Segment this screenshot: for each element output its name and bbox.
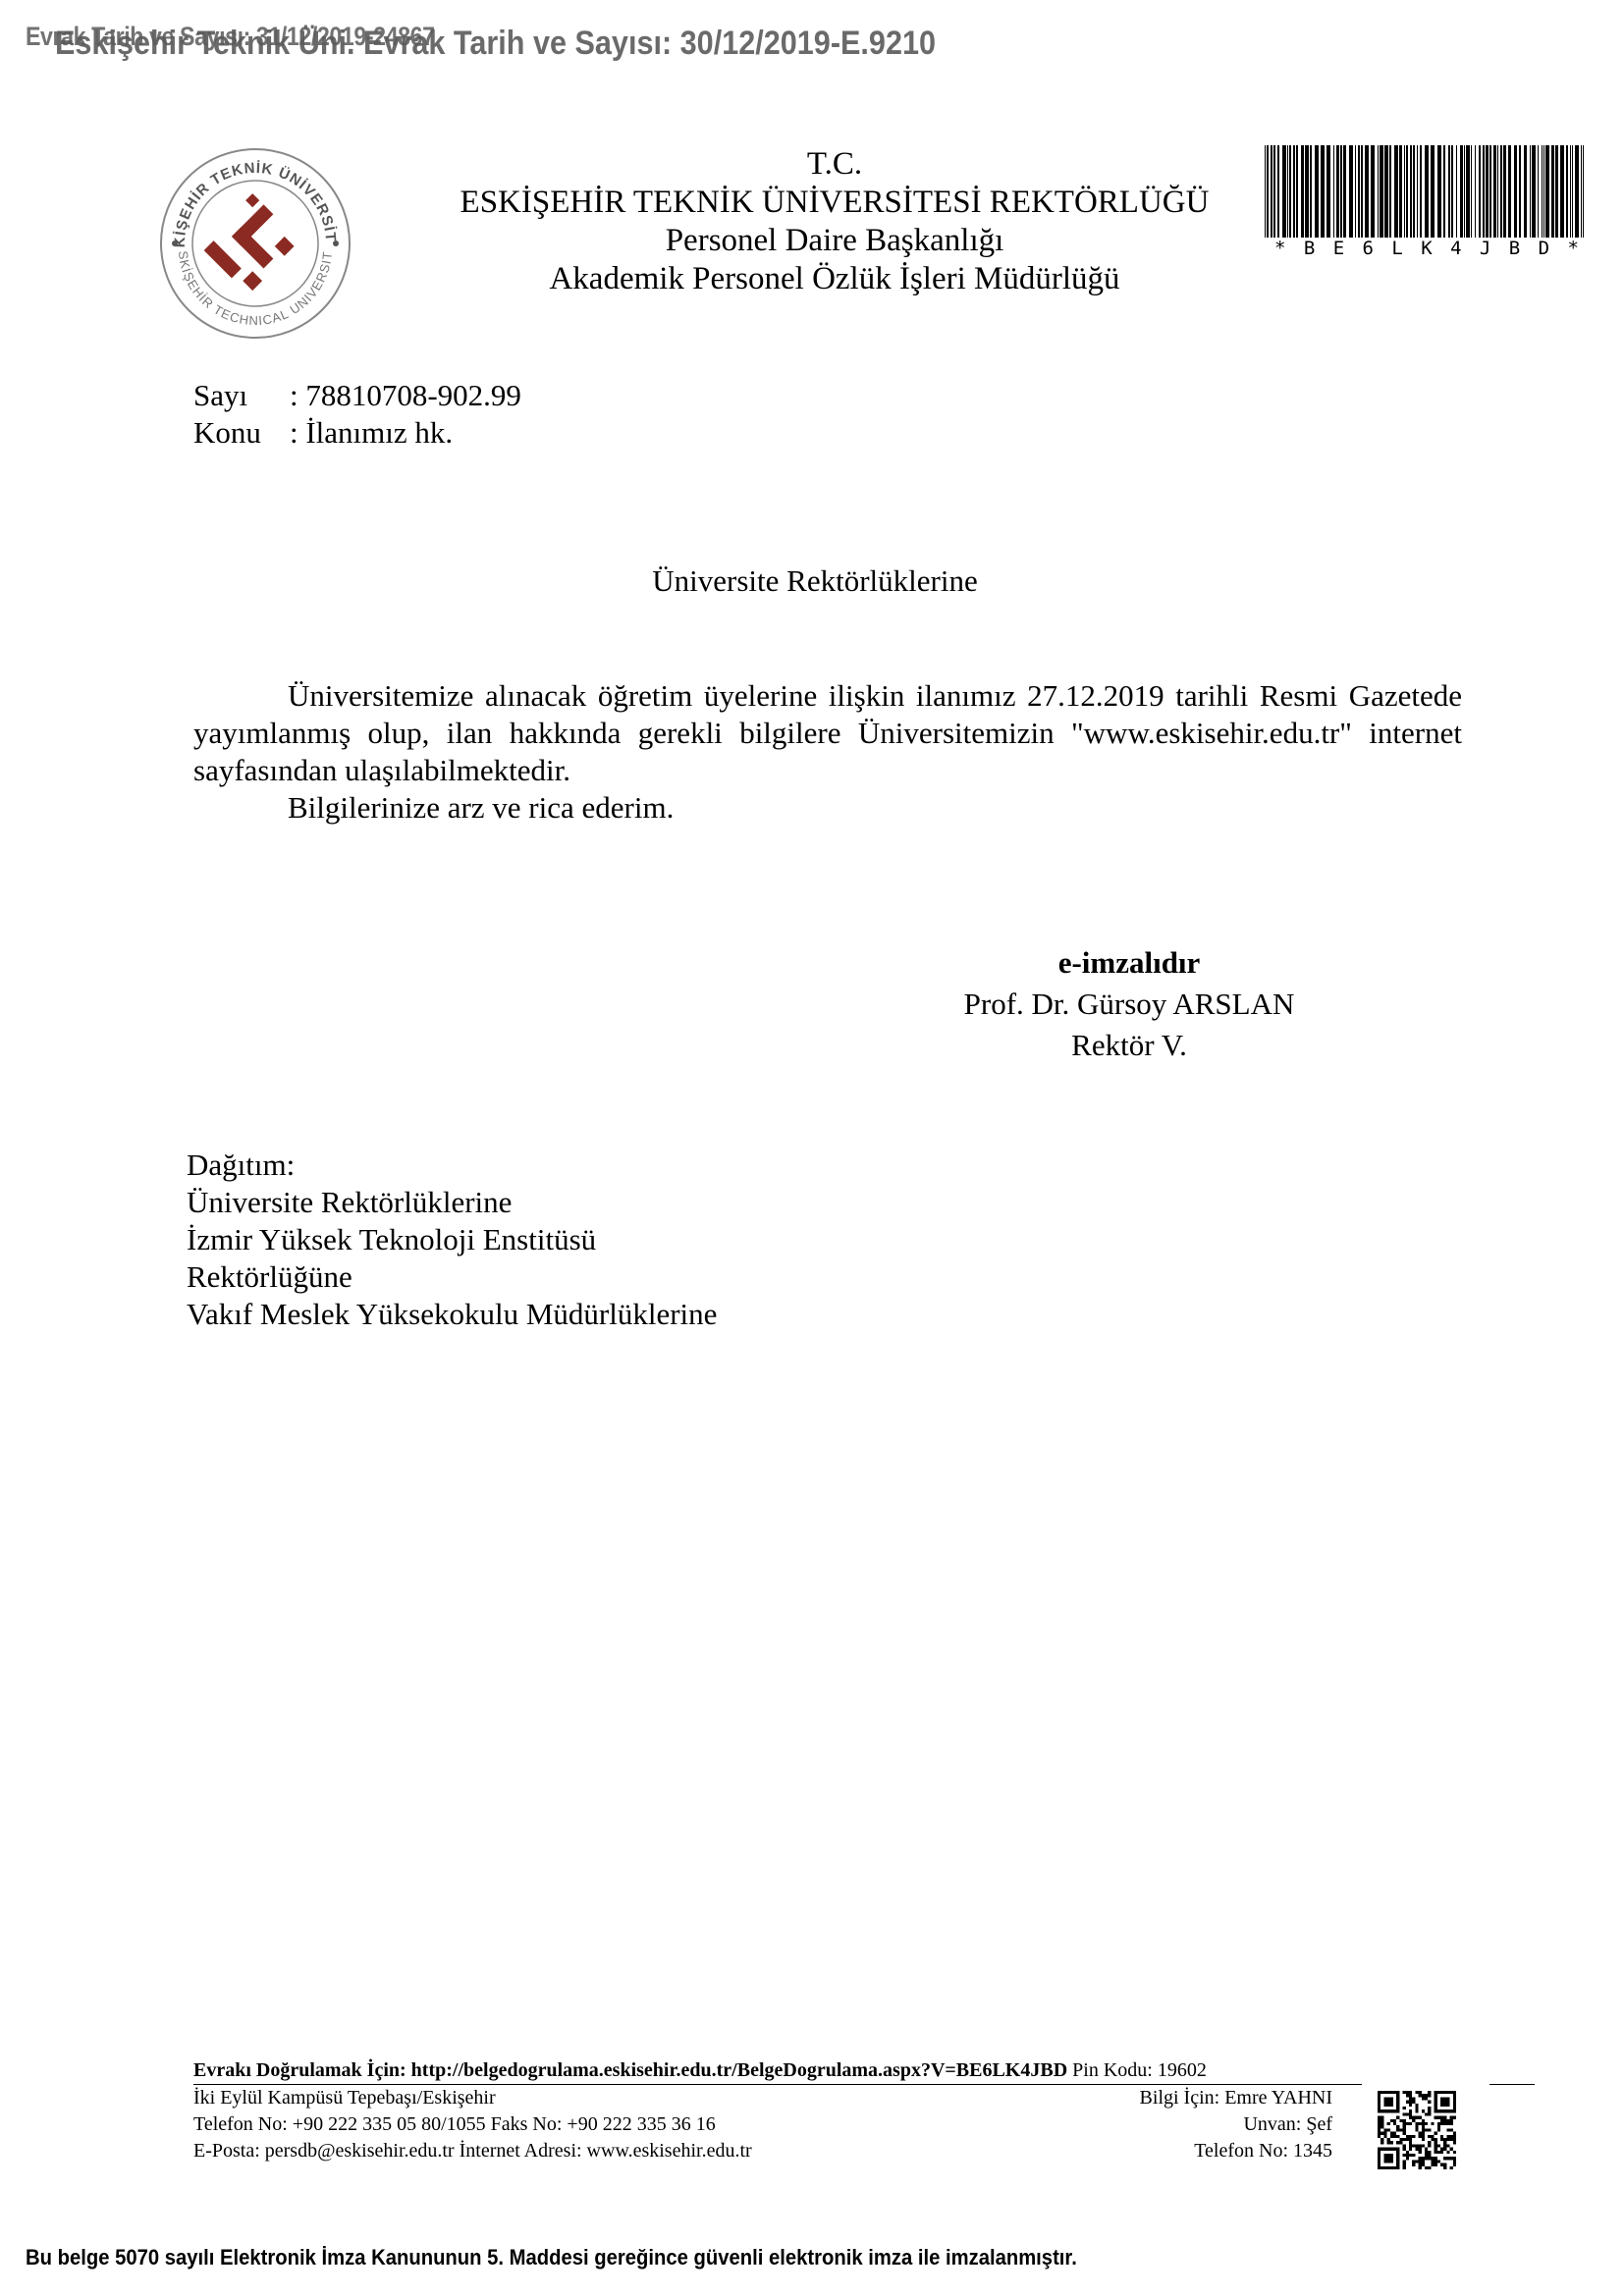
- footer: Evrakı Doğrulamak İçin: http://belgedogr…: [193, 2057, 1535, 2085]
- distribution-heading: Dağıtım:: [187, 1147, 717, 1184]
- e-signed-label: e-imzalıdır: [923, 942, 1335, 984]
- header-department: Personel Daire Başkanlığı: [432, 222, 1237, 260]
- distribution-item: Üniversite Rektörlüklerine: [187, 1184, 717, 1221]
- footer-address: İki Eylül Kampüsü Tepebaşı/Eskişehir: [193, 2085, 752, 2111]
- footer-email-web: E-Posta: persdb@eskisehir.edu.tr İnterne…: [193, 2138, 752, 2164]
- info-contact: Bilgi İçin: Emre YAHNI: [1057, 2085, 1332, 2111]
- distribution-item: İzmir Yüksek Teknoloji Enstitüsü: [187, 1221, 717, 1258]
- distribution-list: Dağıtım: Üniversite Rektörlüklerine İzmi…: [187, 1147, 717, 1333]
- body-paragraph: Üniversitemize alınacak öğretim üyelerin…: [193, 677, 1462, 789]
- header-directorate: Akademik Personel Özlük İşleri Müdürlüğü: [432, 260, 1237, 298]
- signer-name: Prof. Dr. Gürsoy ARSLAN: [923, 984, 1335, 1025]
- document-barcode: *BE6LK4JBD*: [1265, 145, 1589, 261]
- sender-stamp: Eskişehir Teknik Üni. Evrak Tarih ve Say…: [55, 25, 936, 63]
- footer-rule: [1489, 2084, 1535, 2085]
- info-phone: Telefon No: 1345: [1057, 2138, 1332, 2164]
- number-label: Sayı: [193, 377, 290, 414]
- footer-contact: İki Eylül Kampüsü Tepebaşı/Eskişehir Tel…: [193, 2085, 752, 2164]
- verification-line: Evrakı Doğrulamak İçin: http://belgedogr…: [193, 2057, 1362, 2085]
- university-seal-icon: ESKİŞEHİR TEKNİK ÜNİVERSİTESİ ESKİŞEHİR …: [157, 145, 353, 342]
- signer-title: Rektör V.: [923, 1025, 1335, 1066]
- closing-paragraph: Bilgilerinize arz ve rica ederim.: [193, 789, 1462, 827]
- header-tc: T.C.: [432, 145, 1237, 184]
- pin-code: Pin Kodu: 19602: [1067, 2059, 1207, 2081]
- distribution-item: Rektörlüğüne: [187, 1258, 717, 1296]
- footer-phone-fax: Telefon No: +90 222 335 05 80/1055 Faks …: [193, 2111, 752, 2138]
- subject-value: : İlanımız hk.: [290, 414, 453, 452]
- letter-body: Üniversitemize alınacak öğretim üyelerin…: [193, 677, 1462, 827]
- document-meta: Sayı : 78810708-902.99 Konu : İlanımız h…: [193, 377, 521, 452]
- letterhead: T.C. ESKİŞEHİR TEKNİK ÜNİVERSİTESİ REKTÖ…: [432, 145, 1237, 298]
- distribution-item: Vakıf Meslek Yüksekokulu Müdürlüklerine: [187, 1296, 717, 1333]
- header-university: ESKİŞEHİR TEKNİK ÜNİVERSİTESİ REKTÖRLÜĞÜ: [432, 184, 1237, 222]
- meta-number-row: Sayı : 78810708-902.99: [193, 377, 521, 414]
- verification-link[interactable]: Evrakı Doğrulamak İçin: http://belgedogr…: [193, 2059, 1067, 2081]
- barcode-bars: [1265, 145, 1589, 238]
- qr-code-icon: [1378, 2091, 1456, 2169]
- info-title: Unvan: Şef: [1057, 2111, 1332, 2138]
- university-logo: ESKİŞEHİR TEKNİK ÜNİVERSİTESİ ESKİŞEHİR …: [157, 145, 353, 342]
- subject-label: Konu: [193, 414, 290, 452]
- addressee: Üniversite Rektörlüklerine: [432, 563, 1198, 599]
- meta-subject-row: Konu : İlanımız hk.: [193, 414, 521, 452]
- signature-block: e-imzalıdır Prof. Dr. Gürsoy ARSLAN Rekt…: [923, 942, 1335, 1066]
- legal-notice: Bu belge 5070 sayılı Elektronik İmza Kan…: [26, 2245, 1077, 2270]
- barcode-text: *BE6LK4JBD*: [1265, 238, 1589, 259]
- footer-info: Bilgi İçin: Emre YAHNI Unvan: Şef Telefo…: [1057, 2085, 1332, 2164]
- number-value: : 78810708-902.99: [290, 377, 521, 414]
